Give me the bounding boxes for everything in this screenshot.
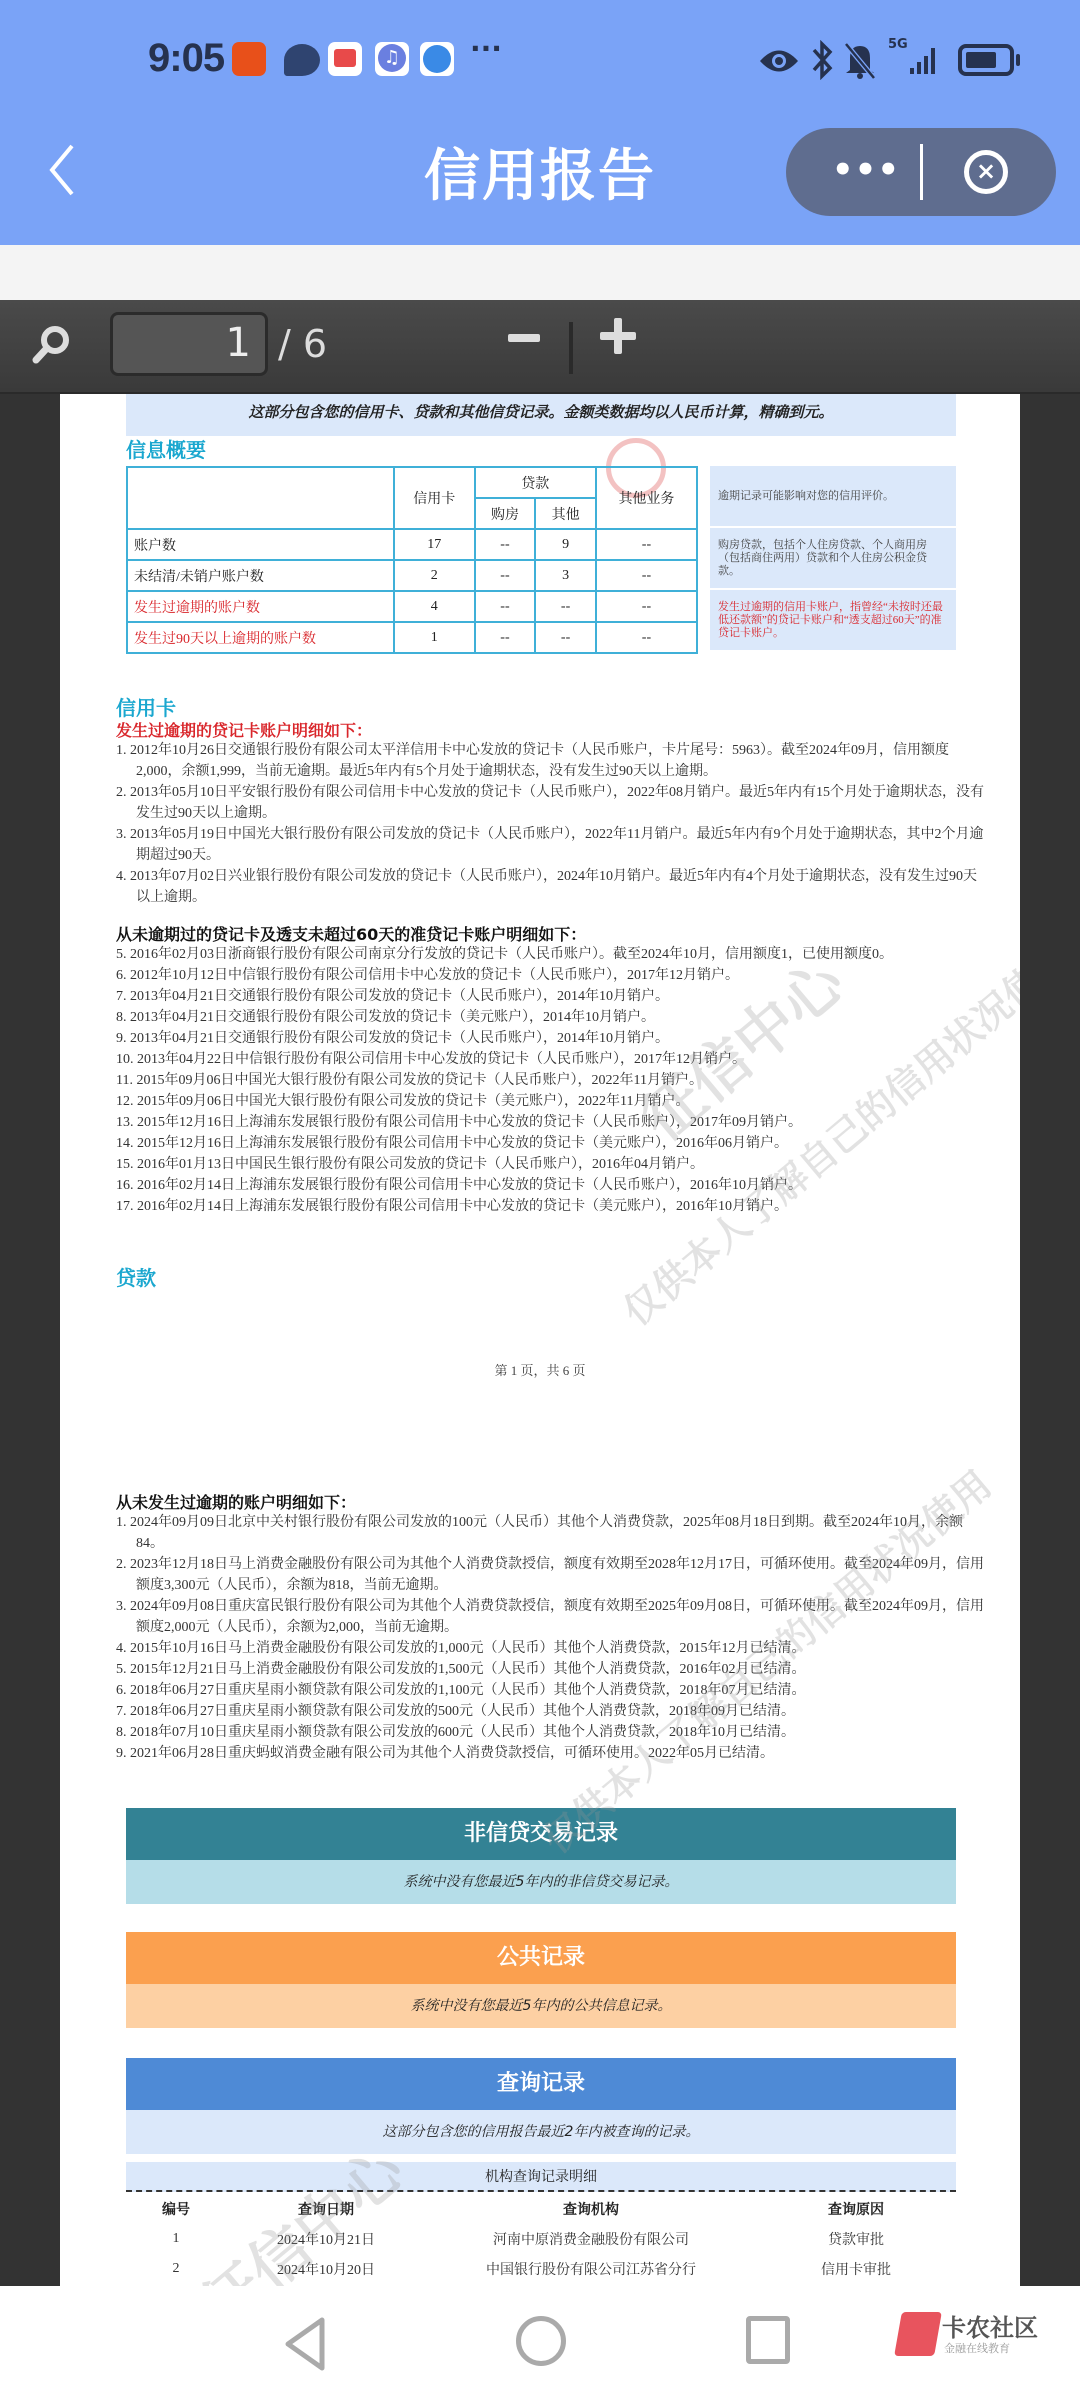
battery-icon: [958, 44, 1014, 76]
cell-reason: 贷款审批: [756, 2229, 956, 2249]
list-item: 8. 2013年04月21日交通银行股份有限公司发放的贷记卡（美元账户），201…: [116, 1007, 986, 1028]
cell-other-business: --: [596, 529, 697, 560]
list-item: 16. 2016年02月14日上海浦东发展银行股份有限公司信用卡中心发放的贷记卡…: [116, 1175, 986, 1196]
list-item: 4. 2015年10月16日马上消费金融股份有限公司发放的1,000元（人民币）…: [116, 1638, 986, 1659]
cell-institution: 河南中原消费金融股份有限公司: [426, 2229, 756, 2249]
row-label: 账户数: [127, 529, 394, 560]
cell-reason: 信用卡审批: [756, 2259, 956, 2279]
note-overdue-definition: 发生过逾期的信用卡账户，指曾经“未按时还最低还款额”的贷记卡账户和“透支超过60…: [710, 590, 956, 650]
cell-credit-card: 2: [394, 560, 475, 591]
query-record-body: 这部分包含您的信用报告最近2年内被查询的记录。: [126, 2110, 956, 2154]
list-item: 11. 2015年09月06日中国光大银行股份有限公司发放的贷记卡（人民币账户）…: [116, 1070, 986, 1091]
list-item: 9. 2021年06月28日重庆蚂蚁消费金融有限公司为其他个人消费贷款授信，可循…: [116, 1743, 986, 1764]
music-icon: [375, 42, 409, 76]
zoom-in-button[interactable]: [600, 318, 636, 354]
list-item: 1. 2012年10月26日交通银行股份有限公司太平洋信用卡中心发放的贷记卡（人…: [116, 740, 986, 782]
cell-housing: --: [475, 622, 536, 653]
overdue-subtitle: 发生过逾期的贷记卡账户明细如下：: [116, 718, 372, 741]
browser-icon: [420, 42, 454, 76]
list-item: 2. 2023年12月18日马上消费金融股份有限公司为其他个人消费贷款授信，额度…: [116, 1554, 986, 1596]
table-row: 1 2024年10月21日 河南中原消费金融股份有限公司 贷款审批: [126, 2224, 956, 2254]
header-spacer: [0, 245, 1080, 300]
header-blank: [127, 467, 394, 529]
brand-name: 卡农社区: [942, 2308, 1038, 2343]
chat-bubble-icon: [284, 44, 320, 76]
pdf-page-2: 从未发生过逾期的账户明细如下： 1. 2024年09月09日北京中关村银行股份有…: [60, 1432, 1020, 2286]
eye-icon: [758, 46, 800, 76]
row-label: 未结清/未销户账户数: [127, 560, 394, 591]
header-other: 其他: [535, 498, 596, 529]
brand-watermark: 卡农社区 金融在线教育: [898, 2308, 1058, 2368]
brand-logo-icon: [894, 2312, 942, 2356]
header-credit-card: 信用卡: [394, 467, 475, 529]
cell-credit-card: 4: [394, 591, 475, 622]
header-loan: 贷款: [475, 467, 596, 498]
cell-number: 2: [126, 2261, 226, 2277]
cell-date: 2024年10月20日: [226, 2259, 426, 2279]
table-header-row: 编号 查询日期 查询机构 查询原因: [126, 2194, 956, 2224]
capsule-divider: [920, 144, 923, 200]
list-item: 12. 2015年09月06日中国光大银行股份有限公司发放的贷记卡（美元账户），…: [116, 1091, 986, 1112]
status-bar: 9:05 ··· 5G: [0, 30, 1080, 90]
nav-back-button[interactable]: [282, 2316, 330, 2372]
header-other-business: 其他业务: [596, 467, 697, 529]
public-record-header: 公共记录: [126, 1932, 956, 1984]
row-label: 发生过逾期的账户数: [127, 591, 394, 622]
table-row: 发生过90天以上逾期的账户数 1 -- -- --: [127, 622, 697, 653]
list-item: 8. 2018年07月10日重庆星雨小额贷款有限公司发放的600元（人民币）其他…: [116, 1722, 986, 1743]
note-overdue: 逾期记录可能影响对您的信用评价。: [710, 466, 956, 526]
cell-credit-card: 1: [394, 622, 475, 653]
loans-subtitle: 从未发生过逾期的账户明细如下：: [116, 1490, 356, 1513]
list-item: 6. 2018年06月27日重庆星雨小额贷款有限公司发放的1,100元（人民币）…: [116, 1680, 986, 1701]
cell-credit-card: 17: [394, 529, 475, 560]
system-nav-bar: 卡农社区 金融在线教育: [0, 2286, 1080, 2400]
row-label: 发生过90天以上逾期的账户数: [127, 622, 394, 653]
cell-other-business: --: [596, 591, 697, 622]
list-item: 13. 2015年12月16日上海浦东发展银行股份有限公司信用卡中心发放的贷记卡…: [116, 1112, 986, 1133]
page-total: / 6: [278, 322, 327, 366]
bluetooth-icon: [810, 40, 834, 80]
list-item: 14. 2015年12月16日上海浦东发展银行股份有限公司信用卡中心发放的贷记卡…: [116, 1133, 986, 1154]
cell-date: 2024年10月21日: [226, 2229, 426, 2249]
list-item: 3. 2024年09月08日重庆富民银行股份有限公司为其他个人消费贷款授信，额度…: [116, 1596, 986, 1638]
credit-card-title: 信用卡: [116, 692, 176, 721]
normal-subtitle: 从未逾期过的贷记卡及透支未超过60天的准贷记卡账户明细如下：: [116, 922, 586, 945]
note-housing-loan: 购房贷款，包括个人住房贷款、个人商用房（包括商住两用）贷款和个人住房公积金贷款。: [710, 528, 956, 588]
loan-title: 贷款: [116, 1262, 156, 1291]
mute-bell-icon: [842, 40, 878, 80]
overview-table: 信用卡 贷款 其他业务 购房 其他 账户数 17 -- 9 -- 未结清/未销户…: [126, 466, 698, 654]
section-intro: 这部分包含您的信用卡、贷款和其他信贷记录。金额类数据均以人民币计算，精确到元。: [126, 394, 956, 436]
pdf-toolbar: 1 / 6: [0, 300, 1080, 394]
network-type: 5G: [888, 38, 908, 52]
nav-home-button[interactable]: [516, 2316, 566, 2366]
brand-tagline: 金融在线教育: [944, 2340, 1010, 2356]
non-credit-body: 系统中没有您最近5年内的非信贷交易记录。: [126, 1860, 956, 1904]
cell-housing: --: [475, 560, 536, 591]
list-item: 7. 2013年04月21日交通银行股份有限公司发放的贷记卡（人民币账户），20…: [116, 986, 986, 1007]
non-credit-header: 非信贷交易记录: [126, 1808, 956, 1860]
list-item: 17. 2016年02月14日上海浦东发展银行股份有限公司信用卡中心发放的贷记卡…: [116, 1196, 986, 1217]
list-item: 5. 2016年02月03日浙商银行股份有限公司南京分行发放的贷记卡（人民币账户…: [116, 944, 986, 965]
cell-other: 9: [535, 529, 596, 560]
overdue-list: 1. 2012年10月26日交通银行股份有限公司太平洋信用卡中心发放的贷记卡（人…: [116, 740, 986, 908]
zoom-divider: [569, 322, 573, 374]
list-item: 9. 2013年04月21日交通银行股份有限公司发放的贷记卡（人民币账户），20…: [116, 1028, 986, 1049]
cell-other: 3: [535, 560, 596, 591]
table-row: 账户数 17 -- 9 --: [127, 529, 697, 560]
cell-housing: --: [475, 529, 536, 560]
table-row: 2 2024年10月20日 中国银行股份有限公司江苏省分行 信用卡审批: [126, 2254, 956, 2284]
list-item: 5. 2015年12月21日马上消费金融股份有限公司发放的1,500元（人民币）…: [116, 1659, 986, 1680]
book-icon: [328, 42, 362, 76]
list-item: 7. 2018年06月27日重庆星雨小额贷款有限公司发放的500元（人民币）其他…: [116, 1701, 986, 1722]
pdf-viewer[interactable]: 这部分包含您的信用卡、贷款和其他信贷记录。金额类数据均以人民币计算，精确到元。 …: [0, 394, 1080, 2286]
cell-housing: --: [475, 591, 536, 622]
zoom-out-button[interactable]: [508, 334, 540, 342]
cell-other-business: --: [596, 622, 697, 653]
list-item: 4. 2013年07月02日兴业银行股份有限公司发放的贷记卡（人民币账户），20…: [116, 866, 986, 908]
header-housing: 购房: [475, 498, 536, 529]
cell-other: --: [535, 622, 596, 653]
search-icon[interactable]: [28, 322, 74, 368]
nav-recents-button[interactable]: [746, 2316, 790, 2364]
query-table: 编号 查询日期 查询机构 查询原因 1 2024年10月21日 河南中原消费金融…: [126, 2194, 956, 2284]
list-item: 10. 2013年04月22日中信银行股份有限公司信用卡中心发放的贷记卡（人民币…: [116, 1049, 986, 1070]
overview-title: 信息概要: [126, 434, 206, 463]
table-row: 未结清/未销户账户数 2 -- 3 --: [127, 560, 697, 591]
signal-icon: [910, 46, 935, 74]
list-item: 15. 2016年01月13日中国民生银行股份有限公司发放的贷记卡（人民币账户）…: [116, 1154, 986, 1175]
cell-other-business: --: [596, 560, 697, 591]
loans-list: 1. 2024年09月09日北京中关村银行股份有限公司发放的100元（人民币）其…: [116, 1512, 986, 1764]
col-institution: 查询机构: [426, 2199, 756, 2219]
more-notifications-icon: ···: [470, 32, 502, 65]
list-item: 1. 2024年09月09日北京中关村银行股份有限公司发放的100元（人民币）其…: [116, 1512, 986, 1554]
cell-number: 1: [126, 2231, 226, 2247]
cell-other: --: [535, 591, 596, 622]
more-options-button[interactable]: •••: [826, 150, 906, 194]
normal-list: 5. 2016年02月03日浙商银行股份有限公司南京分行发放的贷记卡（人民币账户…: [116, 944, 986, 1217]
query-detail-title: 机构查询记录明细: [126, 2162, 956, 2192]
col-number: 编号: [126, 2199, 226, 2219]
list-item: 3. 2013年05月19日中国光大银行股份有限公司发放的贷记卡（人民币账户），…: [116, 824, 986, 866]
col-reason: 查询原因: [756, 2199, 956, 2219]
public-record-body: 系统中没有您最近5年内的公共信息记录。: [126, 1984, 956, 2028]
query-record-header: 查询记录: [126, 2058, 956, 2110]
list-item: 6. 2012年10月12日中信银行股份有限公司信用卡中心发放的贷记卡（人民币账…: [116, 965, 986, 986]
mini-program-capsule: ••• ×: [786, 128, 1056, 216]
app-header: 9:05 ··· 5G 信用报告 ••• ×: [0, 0, 1080, 245]
page-footer: 第 1 页，共 6 页: [60, 1360, 1020, 1379]
app-notification-icon: [232, 42, 266, 76]
status-time: 9:05: [148, 36, 224, 81]
page-number-input[interactable]: 1: [110, 312, 268, 376]
col-date: 查询日期: [226, 2199, 426, 2219]
list-item: 2. 2013年05月10日平安银行股份有限公司信用卡中心发放的贷记卡（人民币账…: [116, 782, 986, 824]
cell-institution: 中国银行股份有限公司江苏省分行: [426, 2259, 756, 2279]
close-button[interactable]: ×: [964, 150, 1008, 194]
table-row: 发生过逾期的账户数 4 -- -- --: [127, 591, 697, 622]
